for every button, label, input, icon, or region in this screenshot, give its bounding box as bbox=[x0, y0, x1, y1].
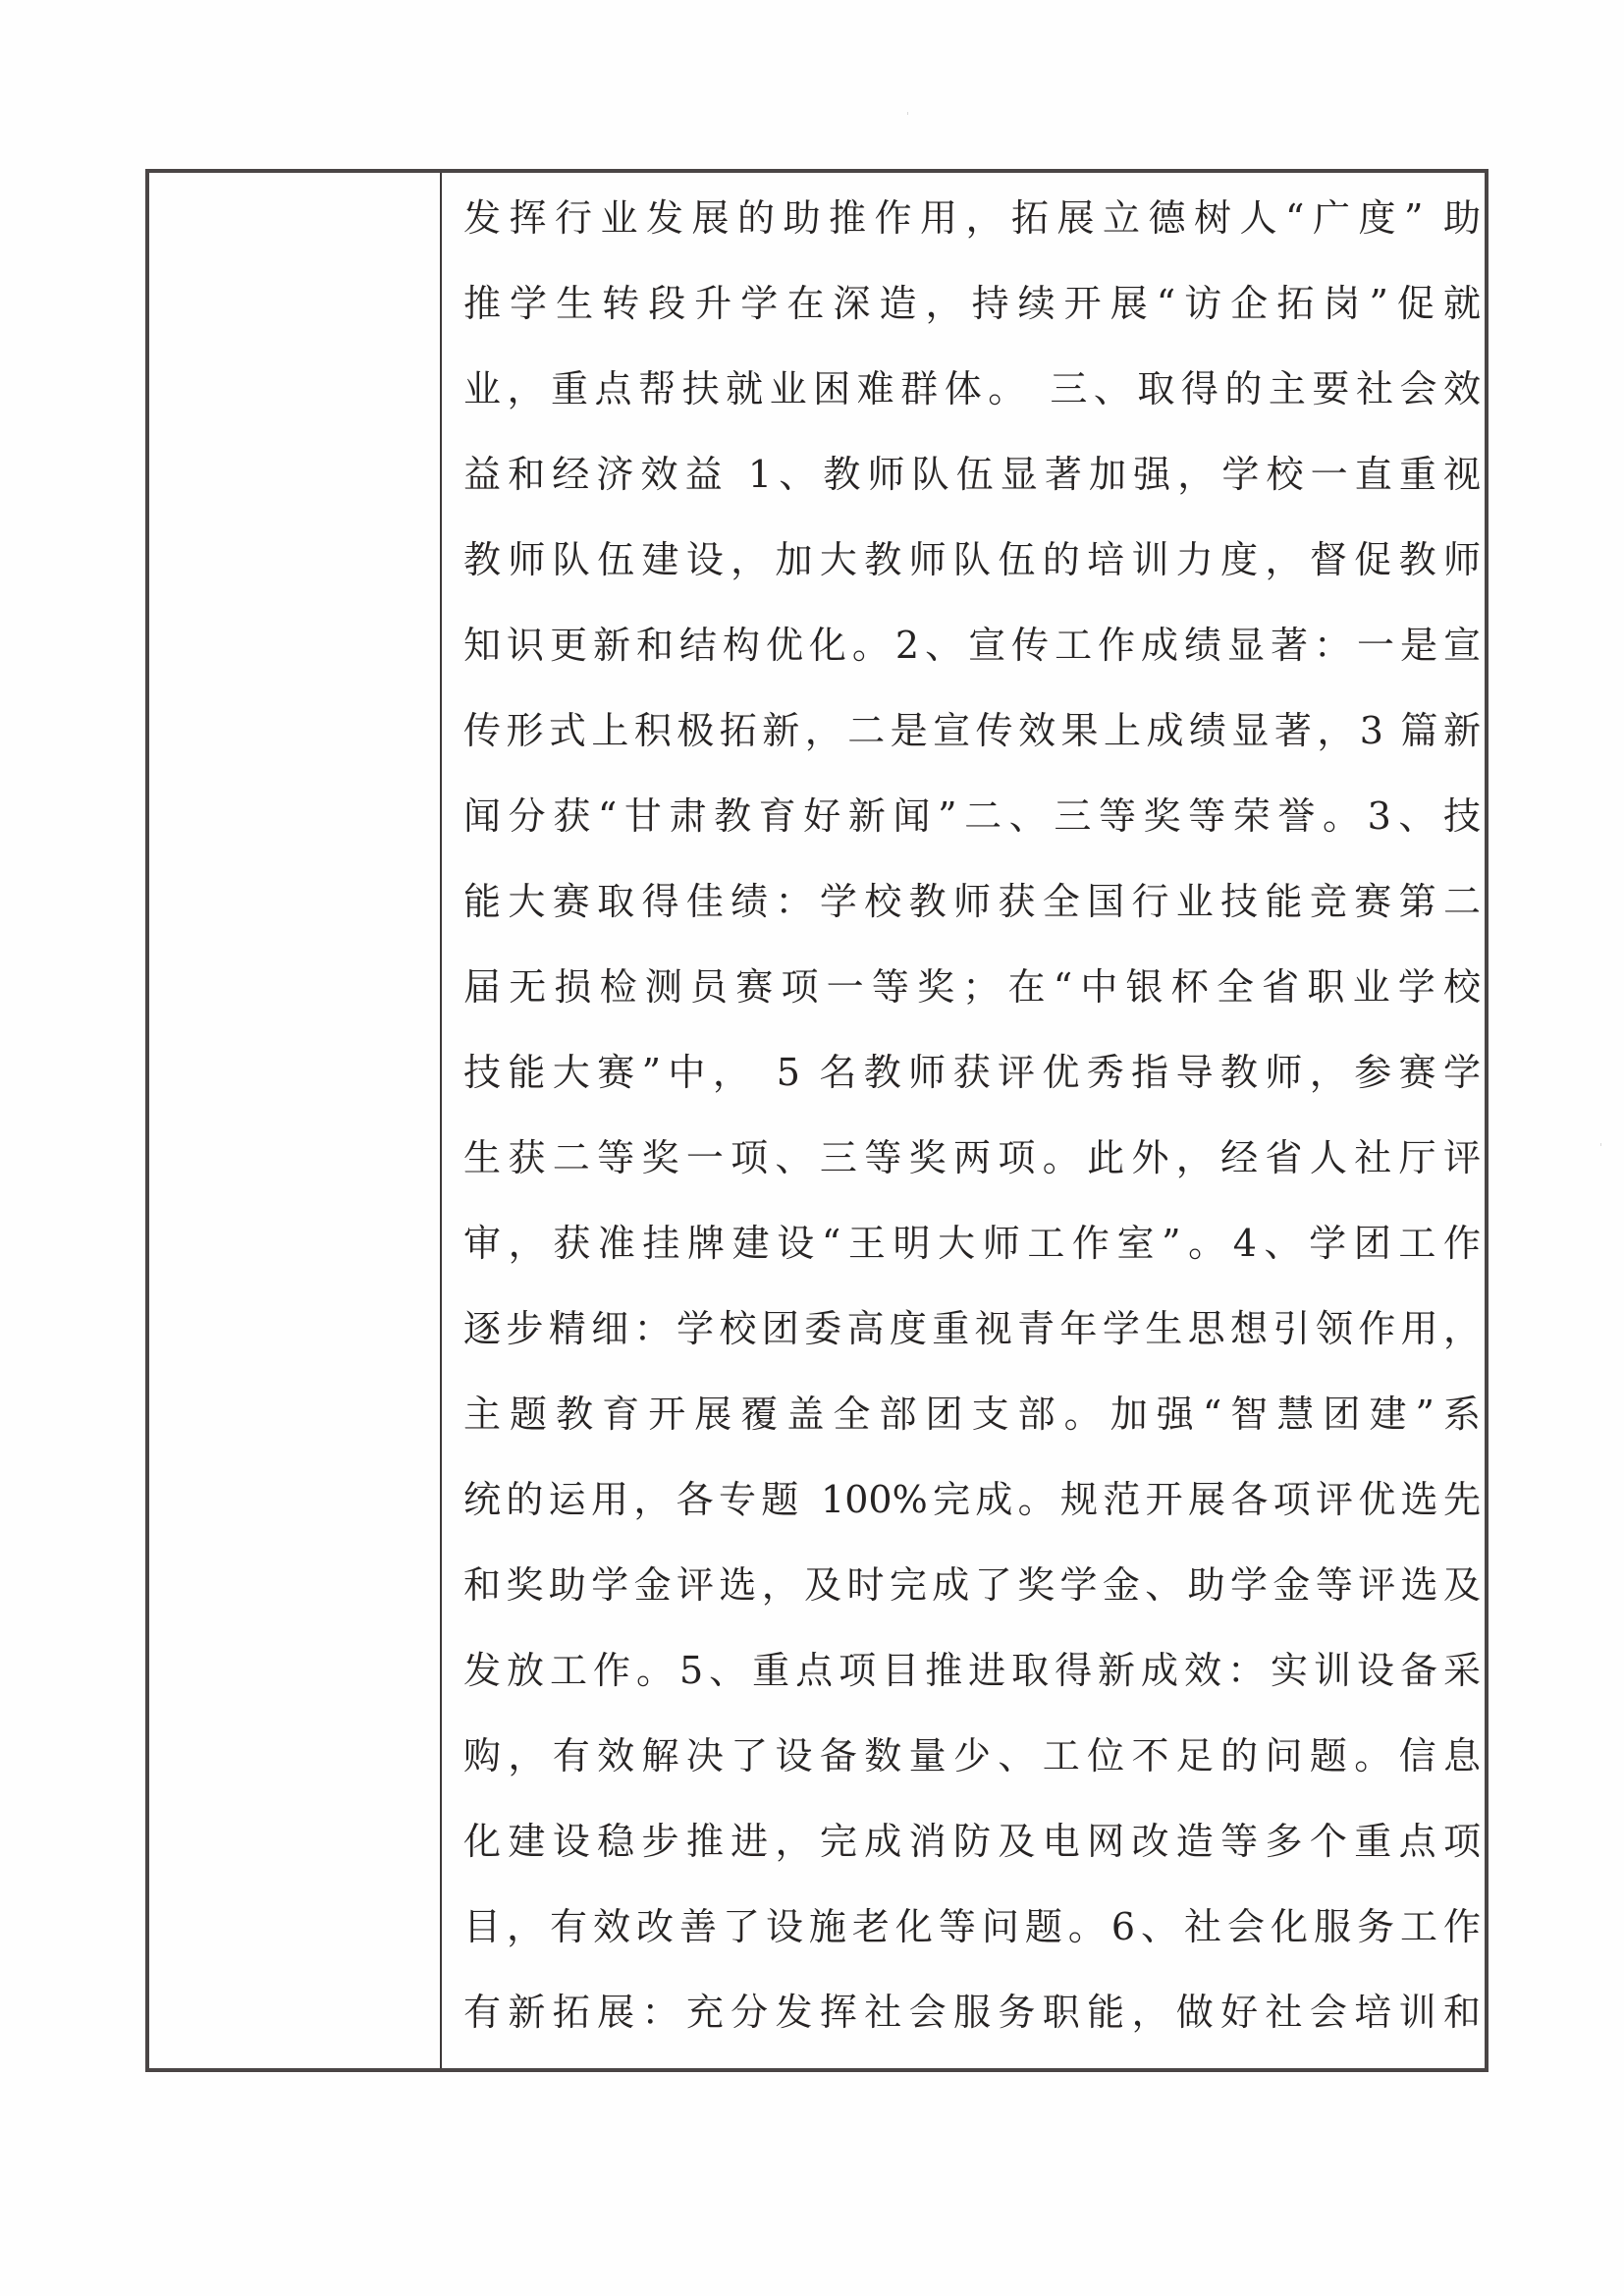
text-line: 生获二等奖一项、三等奖两项。此外，经省人社厅评 bbox=[463, 1116, 1481, 1201]
scanned-page: 发挥行业发展的助推作用，拓展立德树人“广度” 助 推学生转段升学在深造，持续开展… bbox=[0, 0, 1624, 2296]
text-line: 发挥行业发展的助推作用，拓展立德树人“广度” 助 bbox=[463, 176, 1481, 261]
text-line: 知识更新和结构优化。2、宣传工作成绩显著：一是宣 bbox=[463, 603, 1481, 688]
text-line: 推学生转段升学在深造，持续开展“访企拓岗”促就 bbox=[463, 261, 1481, 347]
text-line: 目，有效改善了设施老化等问题。6、社会化服务工作 bbox=[463, 1885, 1481, 1970]
text-line: 统的运用，各专题 100%完成。规范开展各项评优选先 bbox=[463, 1457, 1481, 1543]
text-line: 化建设稳步推进，完成消防及电网改造等多个重点项 bbox=[463, 1799, 1481, 1885]
body-paragraph: 发挥行业发展的助推作用，拓展立德树人“广度” 助 推学生转段升学在深造，持续开展… bbox=[463, 176, 1481, 2055]
scan-speck bbox=[1600, 1143, 1601, 1146]
text-line: 届无损检测员赛项一等奖；在“中银杯全省职业学校 bbox=[463, 945, 1481, 1030]
text-line: 审，获准挂牌建设“王明大师工作室”。4、学团工作 bbox=[463, 1201, 1481, 1286]
text-line: 发放工作。5、重点项目推进取得新成效：实训设备采 bbox=[463, 1628, 1481, 1714]
text-line: 传形式上积极拓新，二是宣传效果上成绩显著，3 篇新 bbox=[463, 688, 1481, 774]
text-line: 闻分获“甘肃教育好新闻”二、三等奖等荣誉。3、技 bbox=[463, 774, 1481, 859]
text-line: 能大赛取得佳绩：学校教师获全国行业技能竞赛第二 bbox=[463, 859, 1481, 945]
text-line: 主题教育开展覆盖全部团支部。加强“智慧团建”系 bbox=[463, 1372, 1481, 1457]
scan-speck bbox=[907, 112, 908, 115]
table-left-cell bbox=[149, 173, 440, 2068]
text-line: 技能大赛”中， 5 名教师获评优秀指导教师，参赛学 bbox=[463, 1030, 1481, 1116]
text-line: 购，有效解决了设备数量少、工位不足的问题。信息 bbox=[463, 1714, 1481, 1799]
text-line: 逐步精细：学校团委高度重视青年学生思想引领作用， bbox=[463, 1286, 1481, 1372]
text-line: 有新拓展：充分发挥社会服务职能，做好社会培训和 bbox=[463, 1970, 1481, 2055]
content-table: 发挥行业发展的助推作用，拓展立德树人“广度” 助 推学生转段升学在深造，持续开展… bbox=[145, 169, 1489, 2072]
text-line: 业，重点帮扶就业困难群体。 三、取得的主要社会效 bbox=[463, 347, 1481, 432]
text-line: 教师队伍建设，加大教师队伍的培训力度，督促教师 bbox=[463, 518, 1481, 603]
text-line: 益和经济效益 1、教师队伍显著加强，学校一直重视 bbox=[463, 432, 1481, 518]
text-line: 和奖助学金评选，及时完成了奖学金、助学金等评选及 bbox=[463, 1543, 1481, 1628]
